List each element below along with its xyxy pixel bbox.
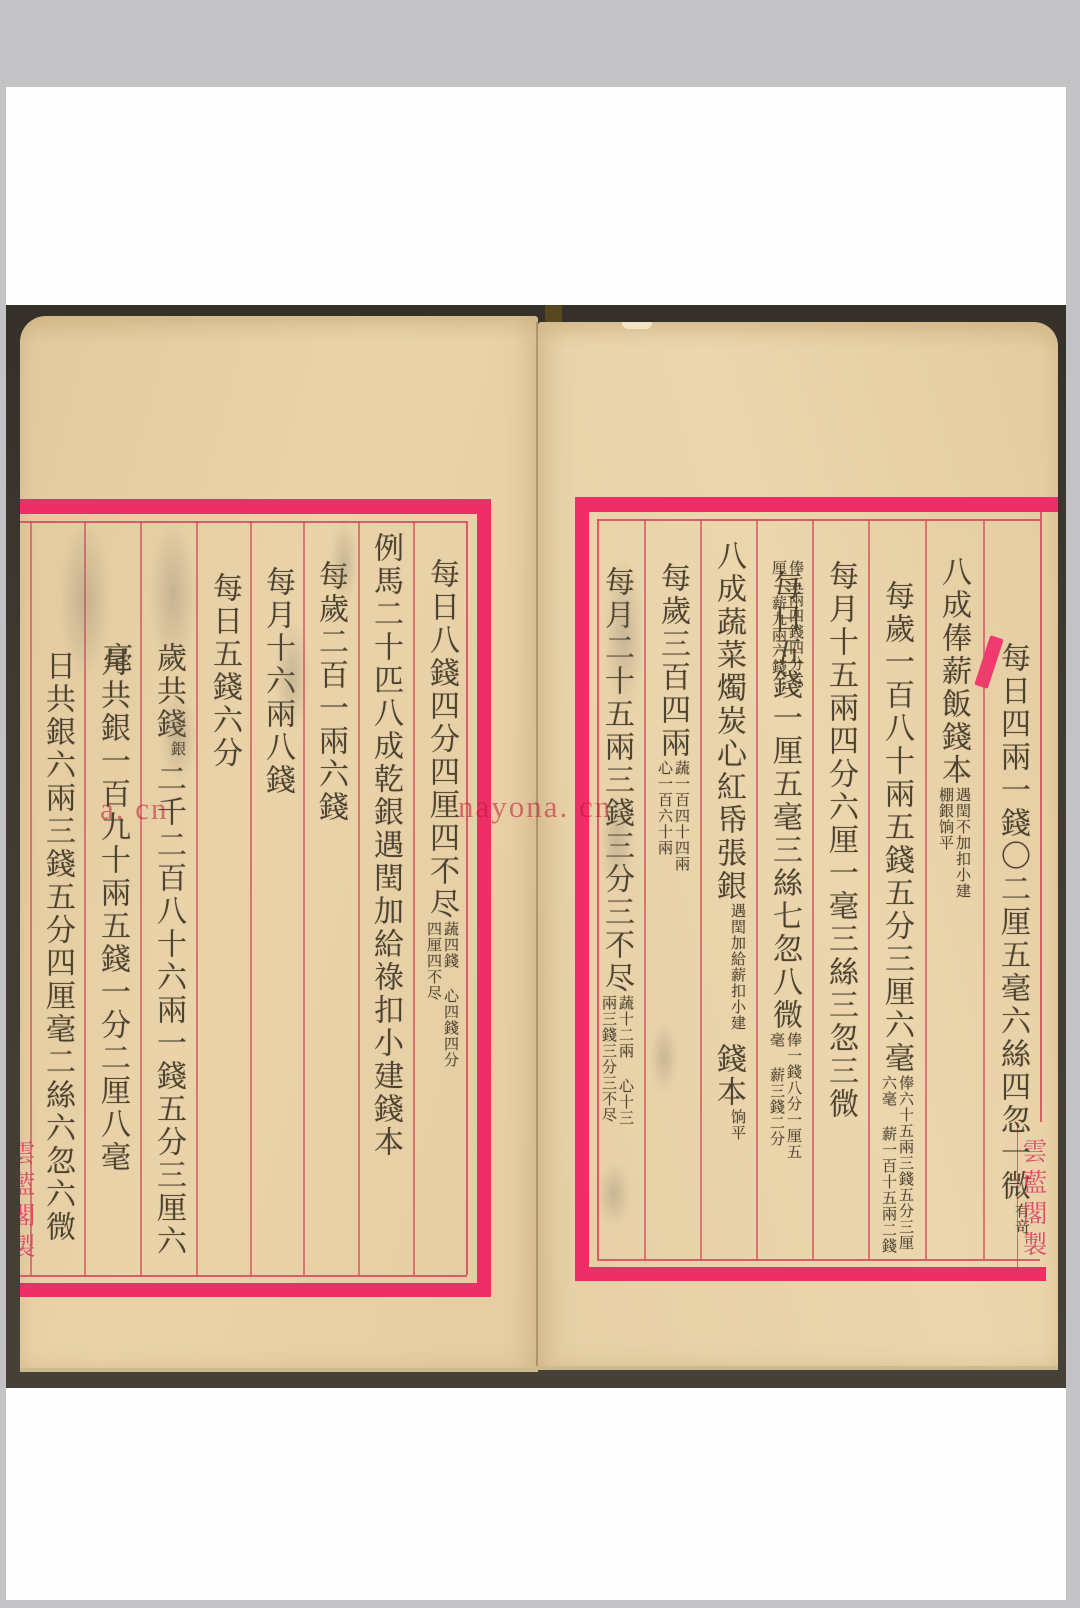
watermark-fragment: a. cn: [100, 791, 169, 827]
bleedthrough-mark: [604, 555, 644, 715]
publisher-colophon-clipped: 雲藍閣製: [20, 1140, 35, 1270]
page-seam: [536, 322, 538, 1366]
page-background: 每日八錢四分四厘四不尽蔬四錢 心四錢四分四厘四不尽例馬二十匹八成乾銀遇閏加給祿扣…: [0, 0, 1080, 1608]
manuscript-column: 每日八錢四分四厘四不尽蔬四錢 心四錢四分四厘四不尽: [414, 558, 468, 1272]
column-text: 錢本: [711, 1043, 746, 1109]
annotation-text: 蔬四錢 心四錢四分四厘四不尽: [425, 921, 459, 1071]
column-text: 每日五錢六分: [207, 572, 242, 770]
column-text: 每歲一百八十兩五錢五分三厘六毫: [879, 580, 914, 1075]
manuscript-column: 八成俸薪飯錢本遇閏不加扣小建 棚銀饷平: [926, 556, 980, 1255]
annotation-text: 蔬十二兩 心十三兩三錢三分三不尽: [600, 995, 634, 1135]
manuscript-column: 例馬二十匹八成乾銀遇閏加給祿扣小建錢本: [358, 532, 412, 1272]
annotation-text: 饷平: [729, 1109, 746, 1149]
column-text: 每日五錢一厘五毫三絲七忽八微: [767, 570, 802, 1032]
bleedthrough-mark: [650, 1020, 678, 1094]
frame-border: [575, 497, 1058, 512]
right-page: 每日四兩一錢〇二厘五毫六絲四忽一微有竒八成俸薪飯錢本遇閏不加扣小建 棚銀饷平每歲…: [538, 322, 1058, 1370]
column-text: 日共銀六兩三錢五分四厘毫二絲六忽六微: [40, 650, 75, 1244]
annotation-text: 遇閏不加扣小建 棚銀饷平: [937, 787, 971, 917]
manuscript-column: 每歲一百八十兩五錢五分三厘六毫俸六十五兩三錢五分三厘六毫 薪一百十五兩二錢: [869, 580, 923, 1255]
column-text: 每歲三百四兩: [655, 562, 690, 760]
column-text: 八成俸薪飯錢本: [936, 556, 971, 787]
manuscript-column: 每日五錢六分: [197, 572, 251, 1272]
torn-edge: [622, 322, 652, 329]
manuscript-column: 每日五錢一厘五毫三絲七忽八微俸一錢八分一厘五毫 薪三錢二分: [757, 570, 811, 1255]
left-page: 每日八錢四分四厘四不尽蔬四錢 心四錢四分四厘四不尽例馬二十匹八成乾銀遇閏加給祿扣…: [20, 316, 538, 1372]
annotation-text: 蔬一百四十四兩 心一百六十兩: [656, 760, 690, 880]
bleedthrough-mark: [330, 520, 358, 604]
manuscript-column: 日共銀六兩三錢五分四厘毫二絲六忽六微: [30, 650, 84, 1272]
bleedthrough-mark: [60, 520, 110, 680]
column-text: 每月十五兩四分六厘一毫三絲三忽三微: [823, 560, 858, 1121]
manuscript-column: 每月十五兩四分六厘一毫三絲三忽三微俸五兩四錢四分六厘 薪九兩六錢: [813, 560, 867, 1255]
bleedthrough-mark: [150, 520, 196, 670]
bleedthrough-mark: [598, 1162, 630, 1226]
frame-inner-line: [597, 1259, 1040, 1261]
bleedthrough-mark: [160, 690, 196, 782]
frame-inner-line: [597, 519, 1040, 521]
frame-border: [575, 1267, 1046, 1281]
frame-border: [575, 497, 589, 1281]
watermark: nayona. cn: [458, 789, 612, 825]
manuscript-column: 每歲三百四兩蔬一百四十四兩 心一百六十兩: [645, 562, 699, 1255]
bleedthrough-mark: [275, 620, 309, 732]
column-text: 例馬二十匹八成乾銀遇閏加給祿扣小建錢本: [368, 532, 403, 1159]
column-text: 八成蔬菜燭炭心紅帋張銀: [711, 540, 746, 903]
manuscript-column: 八成蔬菜燭炭心紅帋張銀遇閏加給薪扣小建錢本饷平: [701, 540, 755, 1255]
manuscript-column: 每歲二百一兩六錢: [303, 560, 357, 1272]
frame-border: [20, 499, 491, 514]
frame-inner-line: [1040, 511, 1042, 1122]
column-text: 月共銀一百九十兩五錢一分二厘八毫: [95, 646, 130, 1174]
annotation-text: 俸一錢八分一厘五毫 薪三錢二分: [768, 1032, 802, 1172]
frame-border: [20, 1283, 491, 1297]
column-text: 每日四兩一錢〇二厘五毫六絲四忽一微: [995, 642, 1030, 1203]
manuscript-column: 月共銀一百九十兩五錢一分二厘八毫: [85, 646, 139, 1272]
column-text: 每日八錢四分四厘四不尽: [424, 558, 459, 921]
book-scan: 每日八錢四分四厘四不尽蔬四錢 心四錢四分四厘四不尽例馬二十匹八成乾銀遇閏加給祿扣…: [6, 305, 1066, 1388]
annotation-text: 俸六十五兩三錢五分三厘六毫 薪一百十五兩二錢: [880, 1075, 914, 1255]
publisher-colophon: 雲藍閣製: [1019, 1138, 1047, 1268]
frame-inner-line: [20, 1275, 467, 1277]
frame-border: [477, 499, 491, 1297]
annotation-text: 遇閏加給薪扣小建: [729, 903, 746, 1043]
